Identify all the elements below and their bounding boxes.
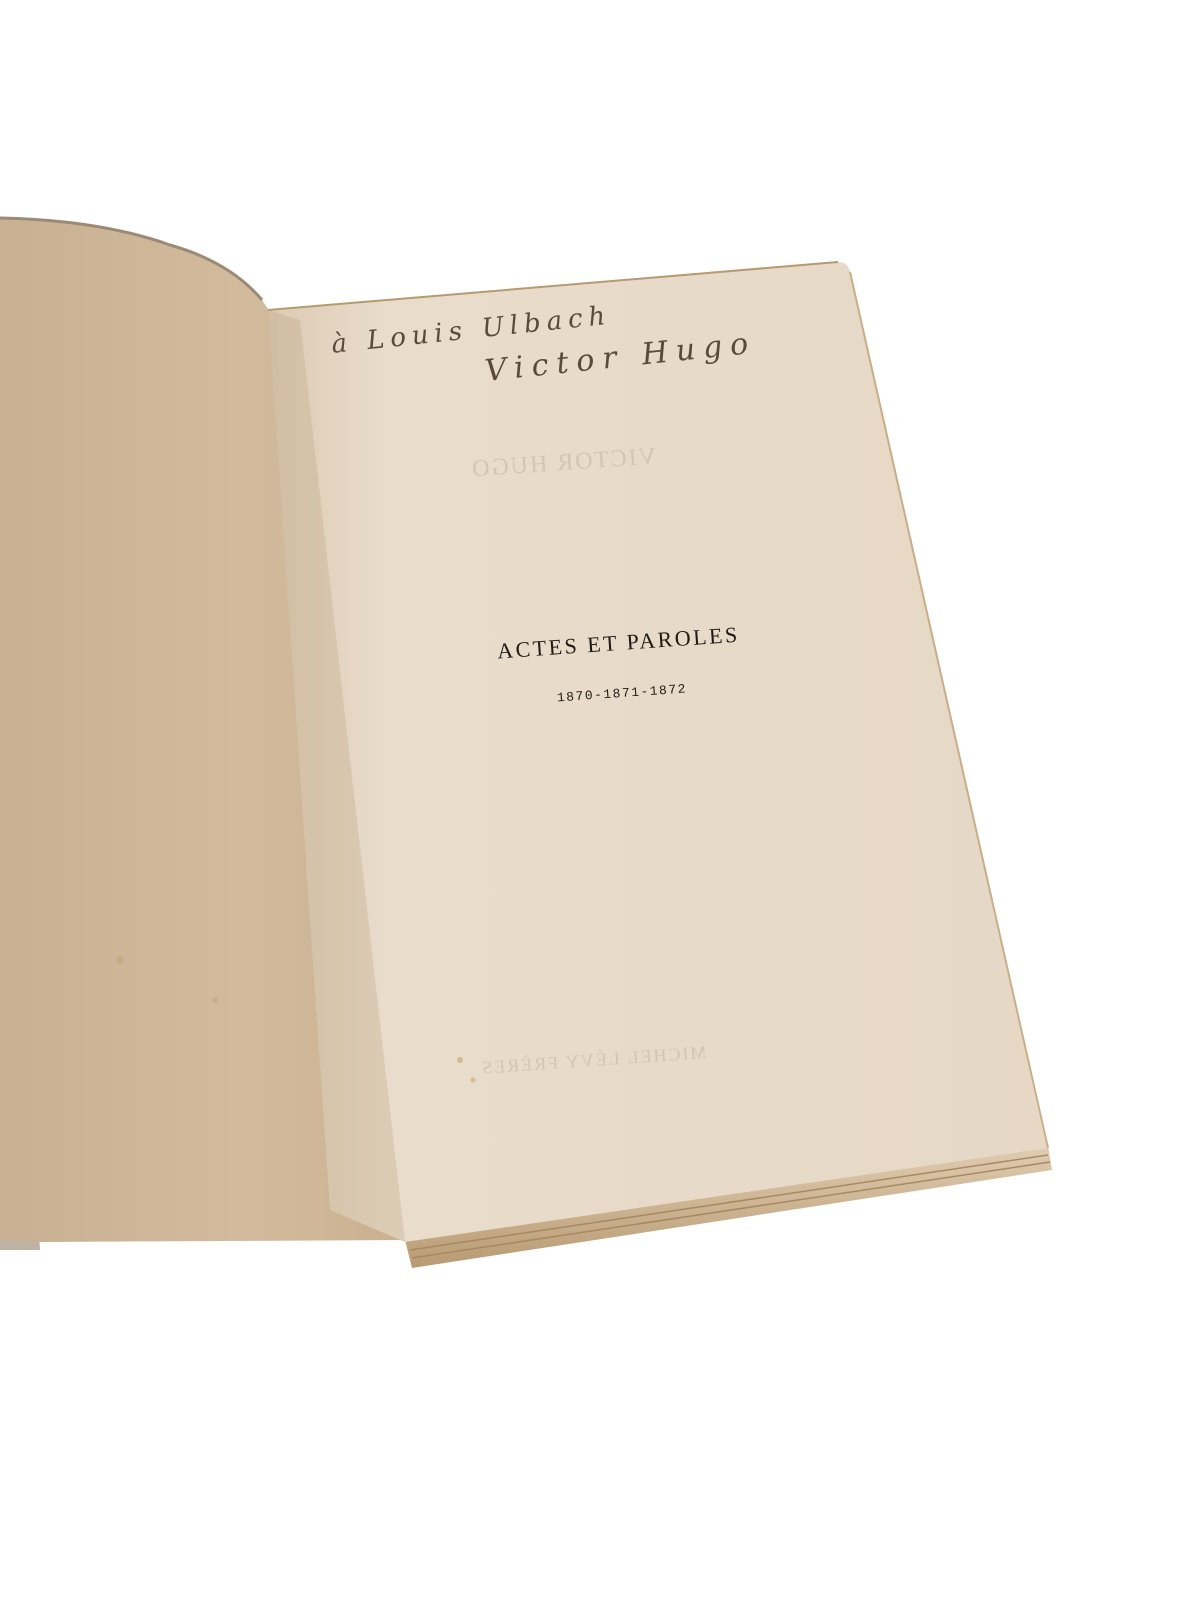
book-photo-scene: VICTOR HUGO MICHEL LÉVY FRÈRES à Louis U… — [0, 0, 1200, 1600]
book-illustration — [0, 0, 1200, 1600]
